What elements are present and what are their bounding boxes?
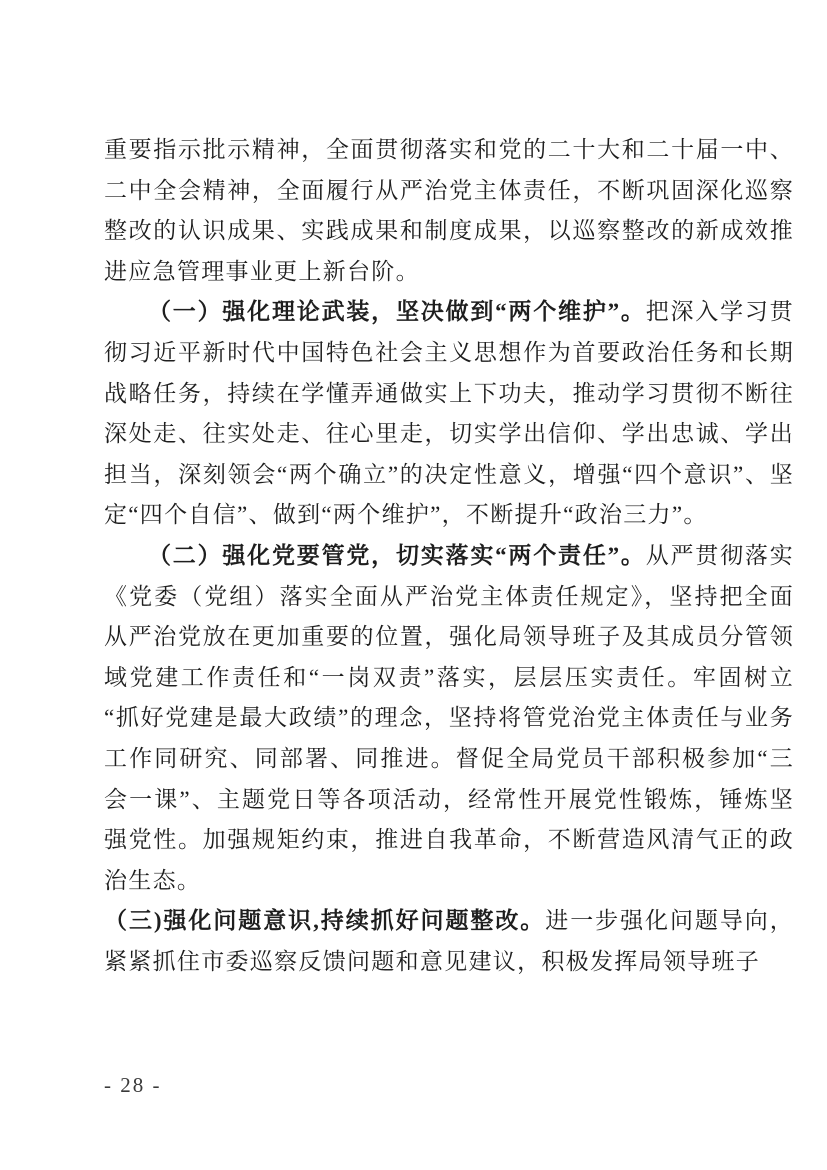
paragraph-lead: （一）强化理论武装，坚决做到“两个维护”。 (148, 299, 646, 324)
document-body: 重要指示批示精神，全面贯彻落实和党的二十大和二十届一中、二中全会精神，全面履行从… (104, 130, 794, 982)
page-number: - 28 - (104, 1072, 162, 1098)
paragraph-lead: （三)强化问题意识,持续抓好问题整改。 (104, 908, 545, 933)
document-page: 重要指示批示精神，全面贯彻落实和党的二十大和二十届一中、二中全会精神，全面履行从… (0, 0, 827, 1170)
paragraph: （三)强化问题意识,持续抓好问题整改。进一步强化问题导向，紧紧抓住市委巡察反馈问… (104, 901, 794, 982)
paragraph-text: 重要指示批示精神，全面贯彻落实和党的二十大和二十届一中、二中全会精神，全面履行从… (104, 137, 794, 284)
paragraph: （二）强化党要管党，切实落实“两个责任”。从严贯彻落实《党委（党组）落实全面从严… (104, 536, 794, 901)
paragraph: 重要指示批示精神，全面贯彻落实和党的二十大和二十届一中、二中全会精神，全面履行从… (104, 130, 794, 292)
paragraph-lead: （二）强化党要管党，切实落实“两个责任”。 (148, 543, 646, 568)
paragraph: （一）强化理论武装，坚决做到“两个维护”。把深入学习贯彻习近平新时代中国特色社会… (104, 292, 794, 536)
paragraph-text: 把深入学习贯彻习近平新时代中国特色社会主义思想作为首要政治任务和长期战略任务，持… (104, 299, 794, 527)
paragraph-text: 从严贯彻落实《党委（党组）落实全面从严治党主体责任规定》，坚持把全面从严治党放在… (104, 543, 794, 893)
